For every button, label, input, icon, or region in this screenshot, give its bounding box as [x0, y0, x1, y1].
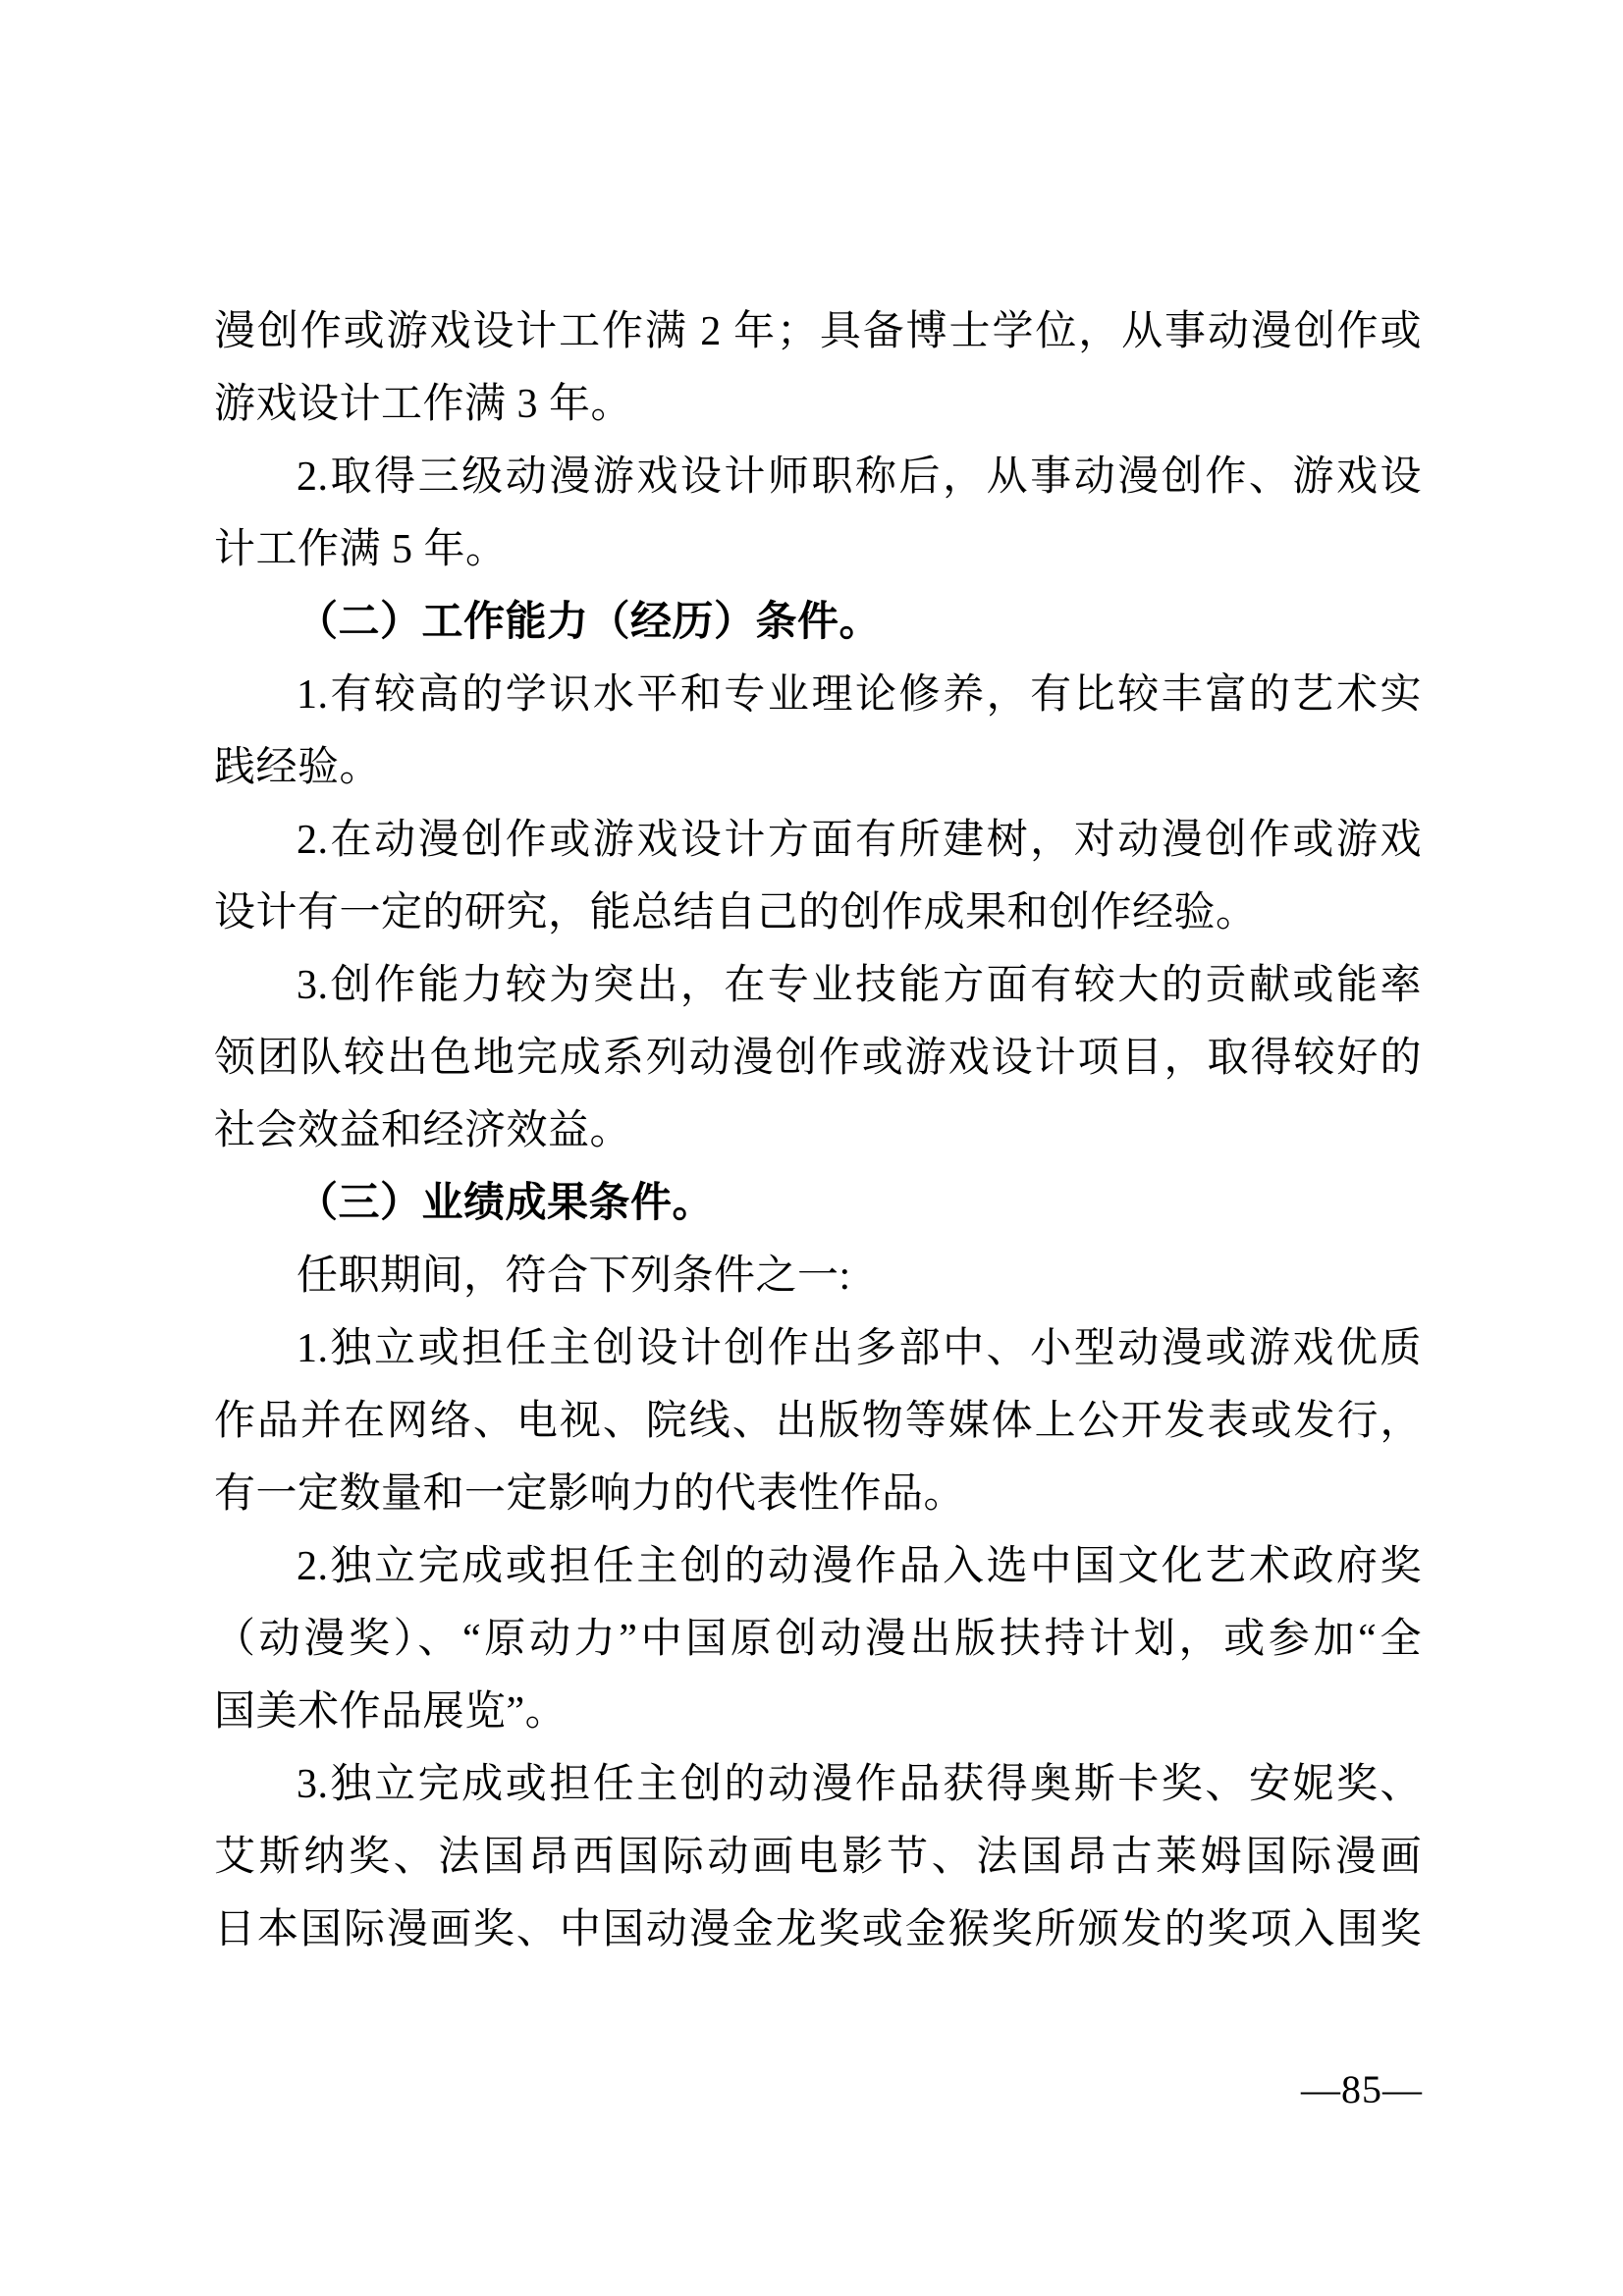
text-line: 社会效益和经济效益。: [214, 1095, 1422, 1167]
text-line: （动漫奖）、“原动力”中国原创动漫出版扶持计划，或参加“全: [214, 1603, 1422, 1676]
text-line: 计工作满 5 年。: [214, 513, 1422, 586]
text-line: 2.取得三级动漫游戏设计师职称后，从事动漫创作、游戏设: [214, 441, 1422, 513]
page-number: —85—: [1301, 2067, 1423, 2112]
document-page: 漫创作或游戏设计工作满 2 年；具备博士学位，从事动漫创作或 游戏设计工作满 3…: [0, 0, 1623, 2296]
text-line: 领团队较出色地完成系列动漫创作或游戏设计项目，取得较好的: [214, 1022, 1422, 1095]
text-line: 漫创作或游戏设计工作满 2 年；具备博士学位，从事动漫创作或: [214, 295, 1422, 368]
text-line: 作品并在网络、电视、院线、出版物等媒体上公开发表或发行，: [214, 1385, 1422, 1458]
text-line: 3.独立完成或担任主创的动漫作品获得奥斯卡奖、安妮奖、: [214, 1748, 1422, 1821]
text-line: 国美术作品展览”。: [214, 1676, 1422, 1748]
text-line: 艾斯纳奖、法国昂西国际动画电影节、法国昂古莱姆国际漫画节、: [214, 1821, 1422, 1894]
text-line: 2.独立完成或担任主创的动漫作品入选中国文化艺术政府奖: [214, 1530, 1422, 1603]
text-line: 践经验。: [214, 731, 1422, 804]
text-line: 2.在动漫创作或游戏设计方面有所建树，对动漫创作或游戏: [214, 804, 1422, 877]
text-line: 任职期间，符合下列条件之一:: [214, 1240, 1422, 1312]
text-line: 设计有一定的研究，能总结自己的创作成果和创作经验。: [214, 877, 1422, 949]
text-line: 游戏设计工作满 3 年。: [214, 368, 1422, 441]
text-line: 3.创作能力较为突出，在专业技能方面有较大的贡献或能率: [214, 949, 1422, 1022]
document-body: 漫创作或游戏设计工作满 2 年；具备博士学位，从事动漫创作或 游戏设计工作满 3…: [214, 295, 1422, 1966]
text-line: 1.有较高的学识水平和专业理论修养，有比较丰富的艺术实: [214, 659, 1422, 731]
section-heading: （三）业绩成果条件。: [214, 1167, 1422, 1240]
text-line: 1.独立或担任主创设计创作出多部中、小型动漫或游戏优质: [214, 1312, 1422, 1385]
text-line: 日本国际漫画奖、中国动漫金龙奖或金猴奖所颁发的奖项入围奖以: [214, 1894, 1422, 1966]
section-heading: （二）工作能力（经历）条件。: [214, 586, 1422, 659]
text-line: 有一定数量和一定影响力的代表性作品。: [214, 1458, 1422, 1530]
